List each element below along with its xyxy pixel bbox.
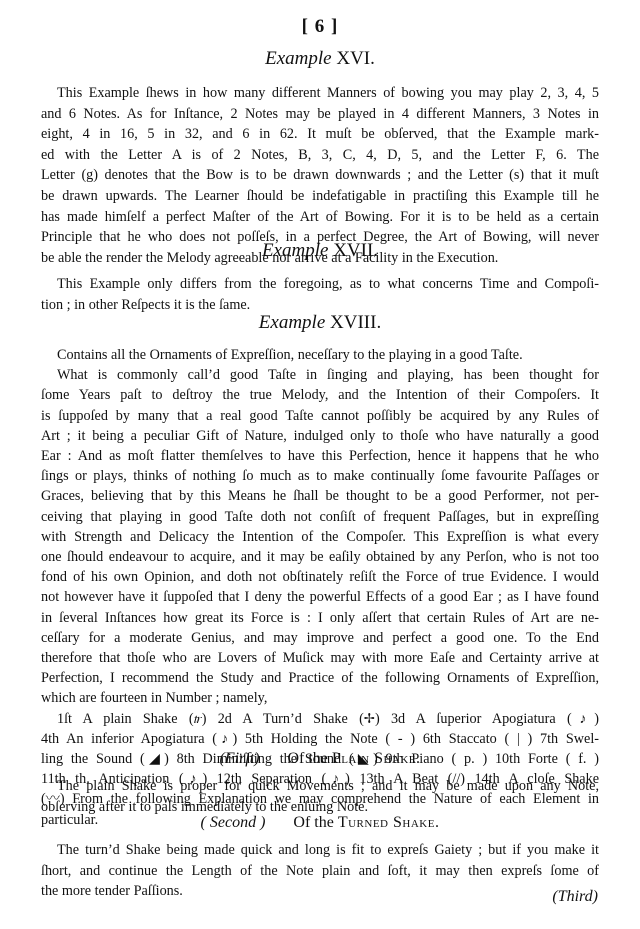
heading-example-xvii: Example XVII. (0, 240, 640, 262)
text-line: therefore that thoſe who are Lovers of M… (41, 648, 599, 668)
document-page: [ 6 ] Example XVI. This Example ſhews in… (0, 0, 640, 929)
heading-label: Example (265, 48, 331, 69)
text-line: be drawn upwards. The Learner ſhould be … (41, 186, 599, 207)
subheading-prefix: Of the (293, 814, 333, 831)
text-line: The plain Shake is proper for quick Move… (41, 776, 599, 797)
text-line: Perfection, I recommend the Study and Pr… (41, 668, 599, 688)
text-line: one ſhould endeavour to acquire, and it … (41, 547, 599, 567)
text-line: This Example ſhews in how many different… (41, 83, 599, 104)
catchword: (Third) (552, 888, 598, 906)
text-line: has made himſelf a perfect Maſter of the… (41, 207, 599, 228)
text-line: Ear : And as moſt flatter themſelves to … (41, 446, 599, 466)
text-line: ceſſary for a moderate Genius, and may i… (41, 628, 599, 648)
subheading-plain-shake: (Firſt) Of the Plain Shake. (0, 750, 640, 768)
text-line: which are fourteen in Number ; namely, (41, 688, 599, 708)
text-line: is ſuppoſed by many that a real good Taſ… (41, 406, 599, 426)
heading-label: Example (262, 240, 328, 261)
text-line: fond of his own Opinion, and doth not ob… (41, 567, 599, 587)
subheading-title: Turned Shake. (338, 814, 440, 831)
subheading-title: Plain Shake. (332, 750, 421, 767)
text-line: This Example only differs from the foreg… (41, 274, 599, 295)
text-line: not however have it ſuppoſed that I deny… (41, 587, 599, 607)
text-line: Letter (g) denotes that the Bow is to be… (41, 165, 599, 186)
paragraph-plain-shake: The plain Shake is proper for quick Move… (41, 776, 599, 817)
heading-example-xvi: Example XVI. (0, 48, 640, 70)
text-line: ſome Years paſt to deſtroy the true Melo… (41, 385, 599, 405)
text-line: ceiving that playing in good Taſte doth … (41, 507, 599, 527)
text-line: with Strength and Delicacy the Intention… (41, 527, 599, 547)
text-line: ſings or plays, thinks of nothing ſo muc… (41, 466, 599, 486)
text-line: Graces, believing that by this Means he … (41, 486, 599, 506)
heading-numeral: XVII. (333, 240, 378, 261)
heading-label: Example (259, 312, 325, 333)
ornament-list-line: 1ſt A plain Shake (𝆖) 2d A Turn’d Shake … (41, 709, 599, 729)
text-line: ſhort, and continue the Length of the No… (41, 861, 599, 882)
subheading-prefix: Of the (287, 750, 327, 767)
subheading-ordinal: (Firſt) (219, 750, 259, 767)
text-line: ed with the Letter A is of 2 Notes, B, 3… (41, 145, 599, 166)
text-line: What is commonly call’d good Taſte in ſi… (41, 365, 599, 385)
subheading-ordinal: ( Second ) (201, 814, 266, 831)
text-line: and 6 Notes. As for Inſtance, 2 Notes ma… (41, 104, 599, 125)
text-line: in ſeveral Inſtances how great its Force… (41, 608, 599, 628)
heading-numeral: XVI. (336, 48, 375, 69)
paragraph-turned-shake: The turn’d Shake being made quick and lo… (41, 840, 599, 902)
ornament-list-line: 4th An inferior Apogiatura (♪) 5th Holdi… (41, 729, 599, 749)
text-line: The turn’d Shake being made quick and lo… (41, 840, 599, 861)
heading-example-xviii: Example XVIII. (0, 312, 640, 334)
text-line: the more tender Paſſions. (41, 881, 599, 902)
paragraph-example-xvii: This Example only differs from the foreg… (41, 274, 599, 315)
page-number: [ 6 ] (0, 16, 640, 38)
heading-numeral: XVIII. (330, 312, 381, 333)
text-line: Art ; it being a peculiar Gift of Nature… (41, 426, 599, 446)
text-line: eight, 4 in 16, 5 in 32, and 6 in 62. It… (41, 124, 599, 145)
subheading-turned-shake: ( Second ) Of the Turned Shake. (0, 814, 640, 832)
text-line: Contains all the Ornaments of Expreſſion… (41, 345, 599, 365)
